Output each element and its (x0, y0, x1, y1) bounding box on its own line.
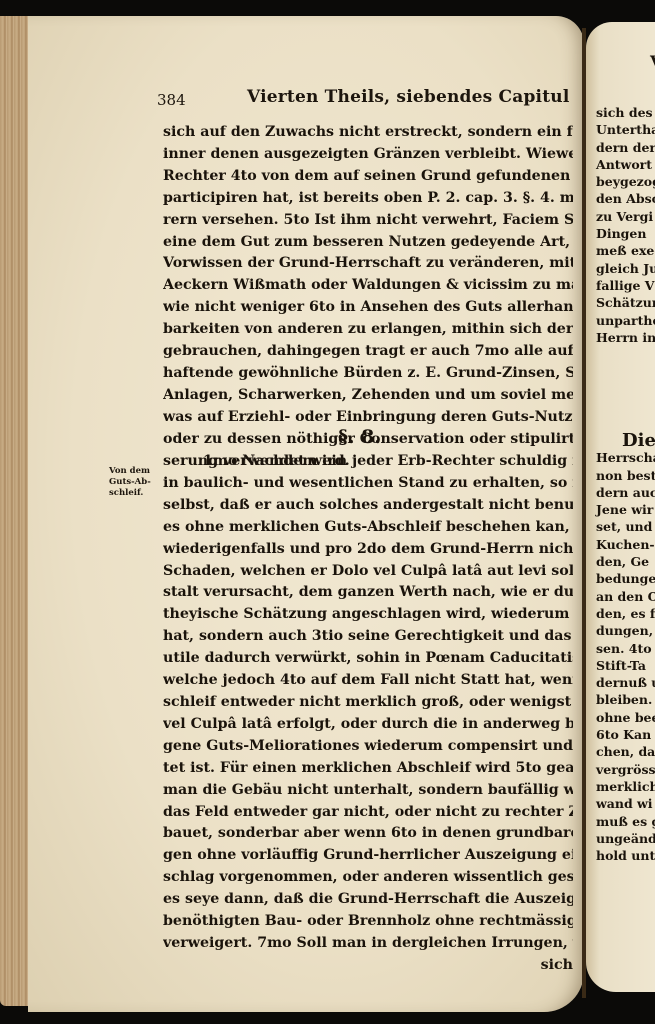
text-line: ungeände (596, 830, 655, 847)
text-line: Kuchen- (596, 536, 655, 553)
text-line: man die Gebäu nicht unterhalt, sondern b… (163, 780, 573, 802)
text-line: schleif entweder nicht merklich groß, od… (163, 692, 573, 714)
marginal-note-line: Guts-Ab- (109, 477, 159, 488)
text-line: verweigert. 7mo Soll man in dergleichen … (163, 933, 573, 955)
text-line: non beste (596, 467, 655, 484)
catchword: sich (163, 955, 573, 977)
text-line: theyische Schätzung angeschlagen wird, w… (163, 604, 573, 626)
marginal-note-line: schleif. (109, 488, 159, 499)
text-line: participiren hat, ist bereits oben P. 2.… (163, 188, 573, 210)
text-line: wie nicht weniger 6to in Ansehen des Gut… (163, 297, 573, 319)
text-line: chen, daß (596, 743, 655, 760)
text-line: das Feld entweder gar nicht, oder nicht … (163, 802, 573, 824)
text-line: es seye dann, daß die Grund-Herrschaft d… (163, 889, 573, 911)
text-line: barkeiten von anderen zu erlangen, mithi… (163, 319, 573, 341)
text-line: bleiben. (596, 691, 655, 708)
text-line: schlag vorgenommen, oder anderen wissent… (163, 867, 573, 889)
text-line: Vorwissen der Grund-Herrschaft zu veränd… (163, 253, 573, 275)
text-line: zu Vergi (596, 208, 655, 225)
right-running-head: V (650, 52, 655, 71)
text-line: selbst, daß er auch solches andergestalt… (163, 495, 573, 517)
right-heading: Die (596, 432, 655, 449)
text-line: Rechter 4to von dem auf seinen Grund gef… (163, 166, 573, 188)
text-line: in baulich- und wesentlichen Stand zu er… (163, 473, 573, 495)
text-line: dern der S (596, 139, 655, 156)
text-line: den, Ge (596, 553, 655, 570)
section-heading: §. 8. (338, 426, 381, 448)
marginal-note-line: Von dem (109, 466, 159, 477)
text-line: den, es f (596, 605, 655, 622)
text-line: hold unte (596, 847, 655, 864)
text-line: sich auf den Zuwachs nicht erstreckt, so… (163, 122, 573, 144)
text-line: utile dadurch verwürkt, sohin in Pœnam C… (163, 648, 573, 670)
text-line: Dingen (596, 225, 655, 242)
text-line: bedungen (596, 570, 655, 587)
text-line: stalt verursacht, dem ganzen Werth nach,… (163, 582, 573, 604)
paragraph-block-2: 1mo Nachdem ein jeder Erb-Rechter schuld… (163, 451, 573, 977)
text-line: Schaden, welchen er Dolo vel Culpâ latâ … (163, 561, 573, 583)
text-line: 1mo Nachdem ein jeder Erb-Rechter schuld… (163, 451, 573, 473)
text-line: gen ohne vorläuffig Grund-herrlicher Aus… (163, 845, 573, 867)
text-line: meß exec (596, 242, 655, 259)
text-line: Unterthan (596, 121, 655, 138)
text-line: gene Guts-Meliorationes wiederum compens… (163, 736, 573, 758)
text-line: gleich Ju (596, 260, 655, 277)
text-line: sen. 4to (596, 640, 655, 657)
text-line: benöthigten Bau- oder Brennholz ohne rec… (163, 911, 573, 933)
text-line: Antwort (596, 156, 655, 173)
text-line: vel Culpâ latâ erfolgt, oder durch die i… (163, 714, 573, 736)
text-line: fallige V (596, 277, 655, 294)
text-line: unparthey (596, 312, 655, 329)
text-line: Anlagen, Scharwerken, Zehenden und um so… (163, 385, 573, 407)
text-line: Jene wir (596, 501, 655, 518)
text-line: bauet, sonderbar aber wenn 6to in denen … (163, 823, 573, 845)
text-line: set, und (596, 518, 655, 535)
running-head: Vierten Theils, siebendes Capitul (247, 87, 569, 107)
text-line: dernuß u (596, 674, 655, 691)
right-paragraph-block-2: Die Herrschaf non beste dern auch Jene w… (596, 432, 655, 864)
text-line: ohne beed (596, 709, 655, 726)
text-line: Aeckern Wißmath oder Waldungen & vicissi… (163, 275, 573, 297)
text-line: rern versehen. 5to Ist ihm nicht verwehr… (163, 210, 573, 232)
right-page: V sich des V Unterthan dern der S Antwor… (586, 22, 655, 992)
text-line: Herrschaf (596, 449, 655, 466)
text-line: inner denen ausgezeigten Gränzen verblei… (163, 144, 573, 166)
text-line: eine dem Gut zum besseren Nutzen gedeyen… (163, 232, 573, 254)
text-line: welche jedoch 4to auf dem Fall nicht Sta… (163, 670, 573, 692)
text-line: merklich g (596, 778, 655, 795)
text-line: dern auch (596, 484, 655, 501)
text-line: sich des V (596, 104, 655, 121)
paragraph-block-1: sich auf den Zuwachs nicht erstreckt, so… (163, 122, 573, 473)
text-line: es ohne merklichen Guts-Abschleif besche… (163, 517, 573, 539)
page-number: 384 (157, 91, 186, 109)
text-line: gebrauchen, dahingegen tragt er auch 7mo… (163, 341, 573, 363)
page-edges (0, 16, 30, 1006)
text-line: an den O (596, 588, 655, 605)
text-line: beygezoge (596, 173, 655, 190)
text-line: haftende gewöhnliche Bürden z. E. Grund-… (163, 363, 573, 385)
right-paragraph-block-1: sich des V Unterthan dern der S Antwort … (596, 104, 655, 346)
text-line: Stift-Ta (596, 657, 655, 674)
text-line: vergrösser (596, 761, 655, 778)
text-line: den Absch (596, 190, 655, 207)
text-line: muß es g (596, 813, 655, 830)
text-line: wiederigenfalls und pro 2do dem Grund-He… (163, 539, 573, 561)
marginal-note: Von dem Guts-Ab- schleif. (109, 466, 159, 499)
text-line: wand wi (596, 795, 655, 812)
text-line: hat, sondern auch 3tio seine Gerechtigke… (163, 626, 573, 648)
text-line: tet ist. Für einen merklichen Abschleif … (163, 758, 573, 780)
text-line: Schätzun (596, 294, 655, 311)
text-line: 6to Kan (596, 726, 655, 743)
text-line: Herrn in (596, 329, 655, 346)
text-line: dungen, (596, 622, 655, 639)
